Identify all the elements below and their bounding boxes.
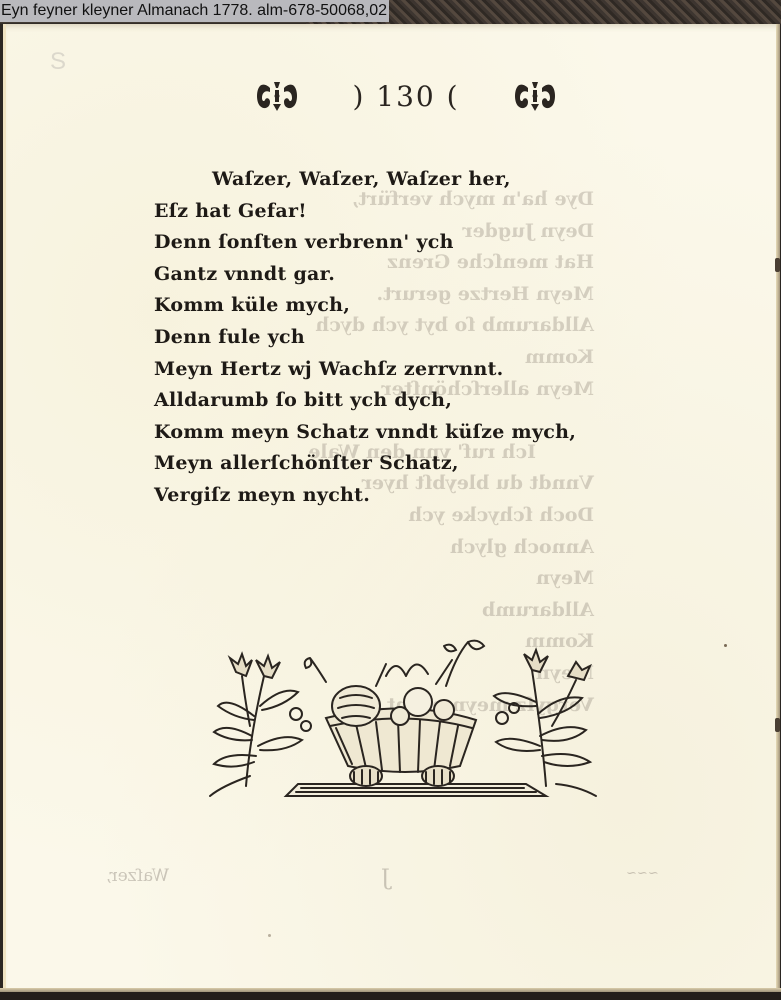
fleuron-ornament-icon bbox=[256, 80, 298, 112]
poem-line: Waſzer, Waſzer, Waſzer her, bbox=[154, 164, 674, 196]
paper-speck bbox=[268, 934, 271, 937]
poem-text: Waſzer, Waſzer, Waſzer her, Eſz hat Gefa… bbox=[154, 164, 674, 512]
poem-line: Meyn Hertz wj Wachſz zerrvnnt. bbox=[154, 354, 674, 386]
poem-line: Eſz hat Gefar! bbox=[154, 196, 674, 228]
bleed-catchword-right: ~~~ bbox=[626, 866, 659, 881]
paper-speck bbox=[724, 644, 727, 647]
edge-mark bbox=[775, 718, 780, 732]
window-title: Eyn feyner kleyner Almanach 1778. alm-67… bbox=[0, 0, 389, 22]
library-stamp-letter: S bbox=[50, 48, 66, 76]
poem-line: Alldarumb ſo bitt ych dych, bbox=[154, 385, 674, 417]
scan-bottom-border bbox=[0, 992, 781, 1000]
bleed-line: Alldarumb bbox=[308, 595, 594, 627]
poem-line: Vergiſz meyn nycht. bbox=[154, 480, 674, 512]
poem-line: Komm küle mych, bbox=[154, 290, 674, 322]
bleed-line: Meyn bbox=[308, 563, 594, 595]
page-header: ) 130 ( bbox=[256, 76, 556, 116]
fleuron-ornament-icon bbox=[514, 80, 556, 112]
poem-line: Gantz vnndt gar. bbox=[154, 259, 674, 291]
poem-line: Meyn allerſchönſter Schatz, bbox=[154, 448, 674, 480]
woodcut-flower-basket-icon bbox=[206, 636, 606, 814]
page-number: ) 130 ( bbox=[298, 80, 514, 113]
scan-viewer: Eyn feyner kleyner Almanach 1778. alm-67… bbox=[0, 0, 781, 1000]
poem-line: Komm meyn Schatz vnndt küſze mych, bbox=[154, 417, 674, 449]
page-right-edge bbox=[776, 24, 780, 993]
bleed-signature-mark: J bbox=[381, 866, 390, 891]
poem-line: Denn fule ych bbox=[154, 322, 674, 354]
bleed-line: Annoch glych bbox=[308, 532, 594, 564]
poem-line: Denn ſonſten verbrenn' ych bbox=[154, 227, 674, 259]
book-page: S ) 130 ( bbox=[3, 24, 780, 993]
edge-mark bbox=[775, 258, 780, 272]
bleed-catchword: Waſzer, bbox=[106, 866, 169, 886]
